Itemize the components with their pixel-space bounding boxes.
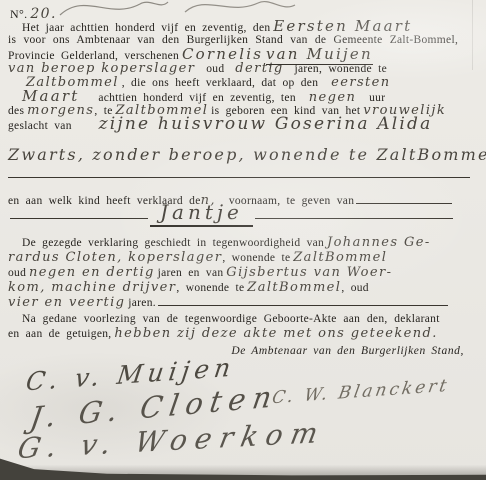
official-title-line: De Ambtenaar van den Burgerlijken Stand, — [231, 345, 464, 358]
signature-official: C. W. Blanckert — [270, 376, 451, 409]
act-line: Na gedane voorlezing van de tegenwoordig… — [8, 313, 440, 326]
printed-text: oud — [206, 63, 224, 75]
act-line: Het jaar achttien honderd vijf en zevent… — [8, 20, 412, 35]
printed-text: oud — [8, 267, 26, 279]
act-line: van beroep koperslager oud dertig jaren,… — [8, 62, 387, 76]
act-line: rardus Cloten, koperslager, wonende te Z… — [8, 251, 387, 265]
printed-text: des — [8, 105, 24, 117]
printed-text: , oud — [341, 282, 369, 294]
official-title: De Ambtenaar van den Burgerlijken Stand, — [231, 345, 464, 357]
fill-in-rule — [356, 201, 452, 204]
printed-text: geslacht van — [8, 120, 72, 132]
printed-text: Het jaar achttien honderd vijf en zevent… — [22, 22, 270, 34]
child-name-line: Jantje — [8, 206, 455, 223]
handwritten-day: eersten — [331, 75, 390, 90]
act-line: geslacht van zijne huisvrouw Goserina Al… — [8, 118, 432, 133]
printed-text: Na gedane voorlezing van de tegenwoordig… — [22, 313, 440, 325]
printed-text: jaren, wonende te — [294, 63, 387, 75]
printed-text: , wonende te — [222, 252, 290, 264]
handwritten-occupation: van beroep koperslager — [8, 61, 195, 76]
handwritten-hour: negen — [309, 90, 356, 105]
handwritten-witness1-details: rardus Cloten, koperslager — [8, 250, 222, 265]
handwritten-closing: hebben zij deze akte met ons geteekend. — [114, 326, 437, 341]
handwritten-witness2-age: vier en veertig — [8, 295, 125, 310]
handwritten-time-of-day: morgens — [27, 103, 94, 118]
handwritten-child-name: Jantje — [150, 200, 253, 227]
act-line: kom, machine drijver, wonende te ZaltBom… — [8, 281, 369, 295]
handwritten-age: dertig — [235, 61, 283, 76]
printed-text: De gezegde verklaring geschiedt in tegen… — [22, 237, 324, 249]
act-line: oud negen en dertig jaren en van Gijsber… — [8, 266, 392, 280]
handwritten-mother-name: zijne huisvrouw Goserina Alida — [99, 114, 433, 134]
printed-text: jaren en van — [158, 267, 224, 279]
handwritten-witness1-name: Johannes Ge- — [327, 235, 431, 250]
handwritten-witness2-residence: ZaltBommel — [247, 280, 341, 295]
paper-crease — [472, 0, 473, 70]
handwritten-witness2-occupation: kom, machine drijver — [8, 280, 176, 295]
printed-text: , wonende te — [176, 282, 244, 294]
handwritten-witness2-name: Gijsbertus van Woer- — [226, 265, 392, 280]
handwritten-witness1-age: negen en dertig — [29, 265, 155, 280]
fill-in-rule — [158, 303, 448, 306]
printed-text: , die ons heeft verklaard, dat op den — [122, 77, 319, 89]
act-line: vier en veertig jaren. — [8, 296, 450, 310]
divider-rule — [8, 177, 470, 178]
fill-in-rule — [10, 216, 148, 219]
printed-text: jaren. — [128, 297, 156, 309]
handwritten-mother-details: Zwarts, zonder beroep, wonende te ZaltBo… — [8, 145, 486, 164]
act-number-label: N°. — [10, 7, 27, 21]
printed-text: en aan de getuigen, — [8, 328, 111, 340]
birth-certificate-scan: N°. 20. Het jaar achttien honderd vijf e… — [0, 0, 486, 480]
fill-in-rule — [255, 216, 453, 219]
handwritten-witness1-residence: ZaltBommel — [293, 250, 387, 265]
act-line: De gezegde verklaring geschiedt in tegen… — [8, 236, 431, 250]
handwritten-date: Eersten Maart — [273, 17, 412, 35]
act-line: Zwarts, zonder beroep, wonende te ZaltBo… — [8, 148, 486, 164]
act-line: en aan de getuigen, hebben zij deze akte… — [8, 327, 438, 341]
